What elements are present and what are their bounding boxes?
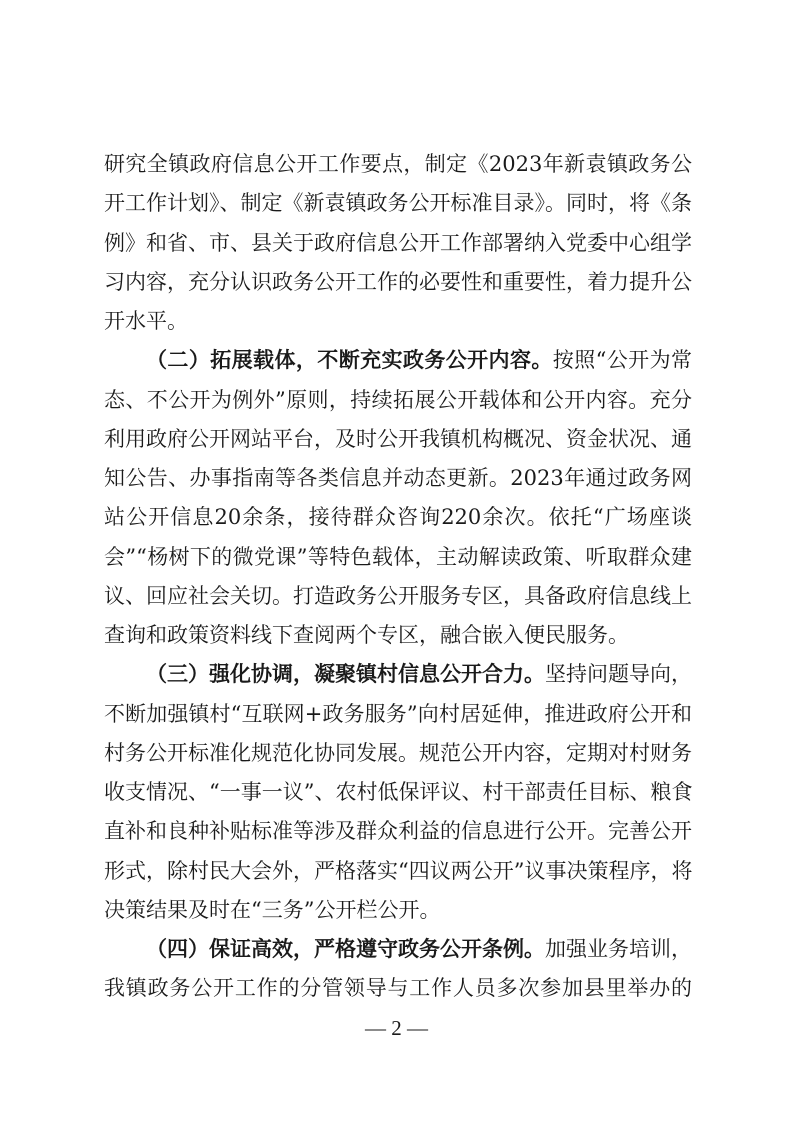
section-3-first-line: （三）强化协调，凝聚镇村信息公开合力。坚持问题导向， bbox=[104, 655, 692, 694]
text-line: 形式，除村民大会外，严格落实“四议两公开”议事决策程序，将 bbox=[104, 852, 692, 891]
text-line: 知公告、办事指南等各类信息并动态更新。2023年通过政务网 bbox=[104, 459, 692, 498]
section-heading: （三）强化协调，凝聚镇村信息公开合力。 bbox=[146, 662, 545, 686]
section-heading: （二）拓展载体，不断充实政务公开内容。 bbox=[146, 348, 553, 372]
text-line: 我镇政务公开工作的分管领导与工作人员多次参加县里举办的 bbox=[104, 969, 692, 1008]
section-4-first-line: （四）保证高效，严格遵守政务公开条例。加强业务培训， bbox=[104, 930, 692, 969]
text-line: 研究全镇政府信息公开工作要点，制定《2023年新袁镇政务公 bbox=[104, 145, 692, 184]
text-line: 村务公开标准化规范化协同发展。规范公开内容，定期对村财务 bbox=[104, 734, 692, 773]
text-line: 决策结果及时在“三务”公开栏公开。 bbox=[104, 891, 692, 930]
text-line: 利用政府公开网站平台，及时公开我镇机构概况、资金状况、通 bbox=[104, 420, 692, 459]
text-line: 会”“杨树下的微党课”等特色载体，主动解读政策、听取群众建 bbox=[104, 538, 692, 577]
text-run: 坚持问题导向， bbox=[545, 662, 692, 686]
document-body: 研究全镇政府信息公开工作要点，制定《2023年新袁镇政务公 开工作计划》、制定《… bbox=[104, 145, 692, 1009]
text-line: 收支情况、“一事一议”、农村低保评议、村干部责任目标、粮食 bbox=[104, 773, 692, 812]
text-line: 直补和良种补贴标准等涉及群众利益的信息进行公开。完善公开 bbox=[104, 812, 692, 851]
text-line: 开工作计划》、制定《新袁镇政务公开标准目录》。同时，将《条 bbox=[104, 184, 692, 223]
text-line: 例》和省、市、县关于政府信息公开工作部署纳入党委中心组学 bbox=[104, 224, 692, 263]
page-number: — 2 — bbox=[0, 1016, 793, 1041]
text-run: 加强业务培训， bbox=[545, 937, 692, 961]
text-line: 态、不公开为例外”原则，持续拓展公开载体和公开内容。充分 bbox=[104, 381, 692, 420]
text-line: 站公开信息20余条，接待群众咨询220余次。依托“广场座谈 bbox=[104, 498, 692, 537]
text-line: 不断加强镇村“互联网+政务服务”向村居延伸，推进政府公开和 bbox=[104, 695, 692, 734]
text-line: 开水平。 bbox=[104, 302, 692, 341]
text-line: 议、回应社会关切。打造政务公开服务专区，具备政府信息线上 bbox=[104, 577, 692, 616]
text-run: 按照“公开为常 bbox=[553, 348, 692, 372]
section-2-first-line: （二）拓展载体，不断充实政务公开内容。按照“公开为常 bbox=[104, 341, 692, 380]
text-line: 查询和政策资料线下查阅两个专区，融合嵌入便民服务。 bbox=[104, 616, 692, 655]
section-heading: （四）保证高效，严格遵守政务公开条例。 bbox=[146, 937, 545, 961]
text-line: 习内容，充分认识政务公开工作的必要性和重要性，着力提升公 bbox=[104, 263, 692, 302]
